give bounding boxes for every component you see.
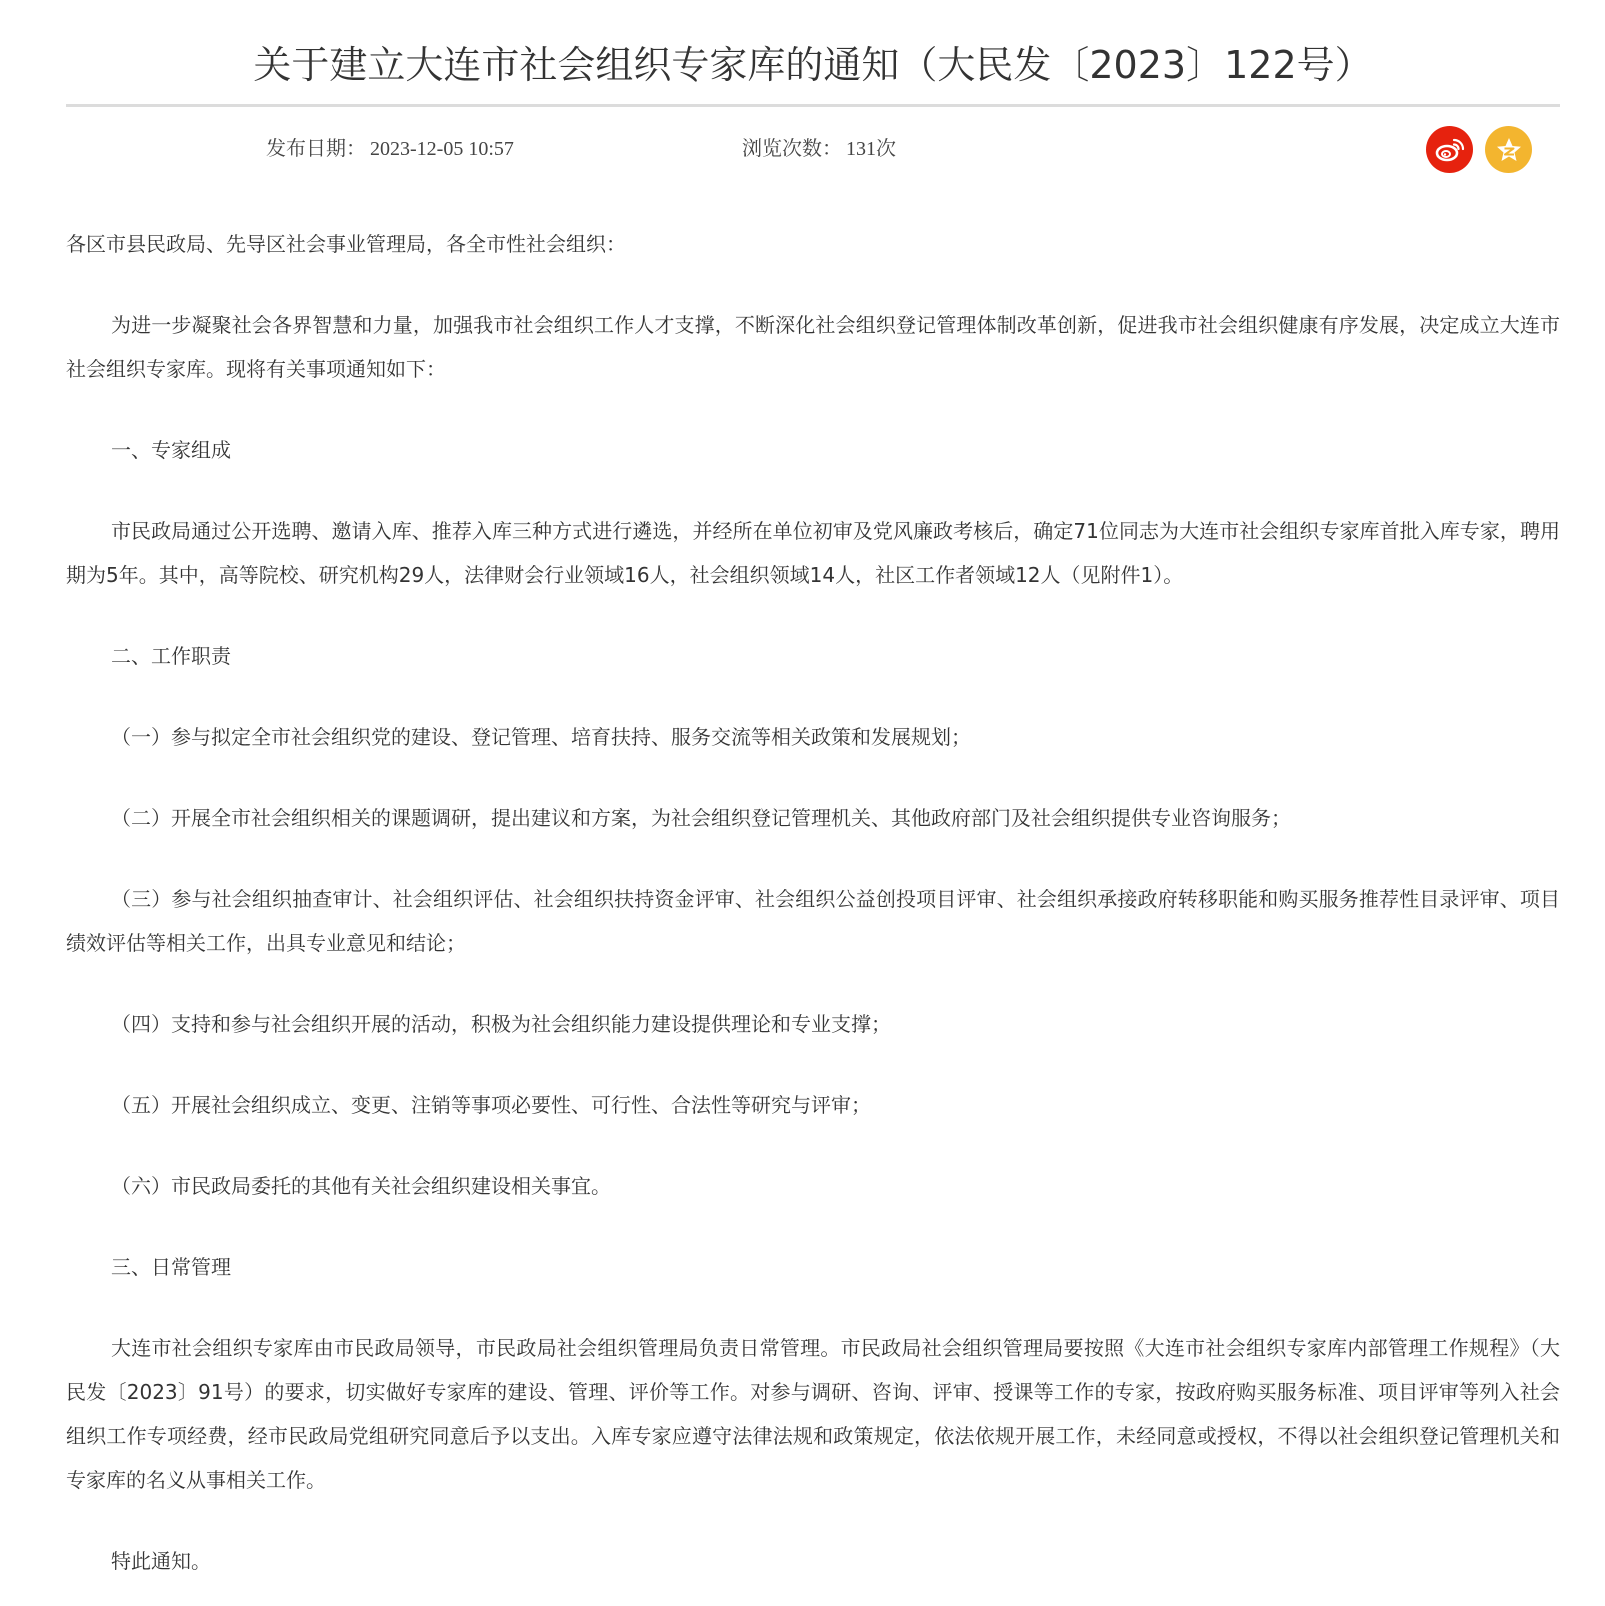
share-weibo-button[interactable]: [1426, 126, 1473, 173]
qzone-star-icon: [1494, 135, 1524, 165]
publish-date-label: 发布日期：: [266, 136, 366, 160]
duty-item: （五）开展社会组织成立、变更、注销等事项必要性、可行性、合法性等研究与评审；: [66, 1083, 1560, 1127]
view-count: 浏览次数：131次: [742, 128, 896, 169]
intro-paragraph: 为进一步凝聚社会各界智慧和力量，加强我市社会组织工作人才支撑，不断深化社会组织登…: [66, 303, 1560, 391]
closing-line: 特此通知。: [66, 1539, 1560, 1583]
section-heading-2: 二、工作职责: [66, 634, 1560, 678]
section-body-3: 大连市社会组织专家库由市民政局领导，市民政局社会组织管理局负责日常管理。市民政局…: [66, 1326, 1560, 1502]
article: 关于建立大连市社会组织专家库的通知（大民发〔2023〕122号） 发布日期：20…: [66, 0, 1560, 92]
duty-item: （四）支持和参与社会组织开展的活动，积极为社会组织能力建设提供理论和专业支撑；: [66, 1002, 1560, 1046]
duty-item: （一）参与拟定全市社会组织党的建设、登记管理、培育扶持、服务交流等相关政策和发展…: [66, 715, 1560, 759]
share-qzone-button[interactable]: [1485, 126, 1532, 173]
title-divider: [66, 104, 1560, 107]
duty-item: （六）市民政局委托的其他有关社会组织建设相关事宜。: [66, 1164, 1560, 1208]
share-buttons: [1426, 126, 1532, 173]
article-body: 各区市县民政局、先导区社会事业管理局，各全市性社会组织： 为进一步凝聚社会各界智…: [66, 222, 1560, 1583]
view-count-label: 浏览次数：: [742, 136, 842, 160]
section-heading-3: 三、日常管理: [66, 1245, 1560, 1289]
duty-item: （三）参与社会组织抽查审计、社会组织评估、社会组织扶持资金评审、社会组织公益创投…: [66, 877, 1560, 965]
view-count-value: 131次: [846, 138, 896, 160]
article-meta: 发布日期：2023-12-05 10:57 浏览次数：131次: [66, 128, 1560, 168]
publish-date-value: 2023-12-05 10:57: [370, 138, 514, 160]
duty-item: （二）开展全市社会组织相关的课题调研，提出建议和方案，为社会组织登记管理机关、其…: [66, 796, 1560, 840]
section-body-1: 市民政局通过公开选聘、邀请入库、推荐入库三种方式进行遴选，并经所在单位初审及党风…: [66, 509, 1560, 597]
section-heading-1: 一、专家组成: [66, 428, 1560, 472]
page-title: 关于建立大连市社会组织专家库的通知（大民发〔2023〕122号）: [66, 0, 1560, 92]
salutation: 各区市县民政局、先导区社会事业管理局，各全市性社会组织：: [66, 222, 1560, 266]
weibo-icon: [1435, 137, 1465, 163]
publish-date: 发布日期：2023-12-05 10:57: [266, 128, 514, 169]
